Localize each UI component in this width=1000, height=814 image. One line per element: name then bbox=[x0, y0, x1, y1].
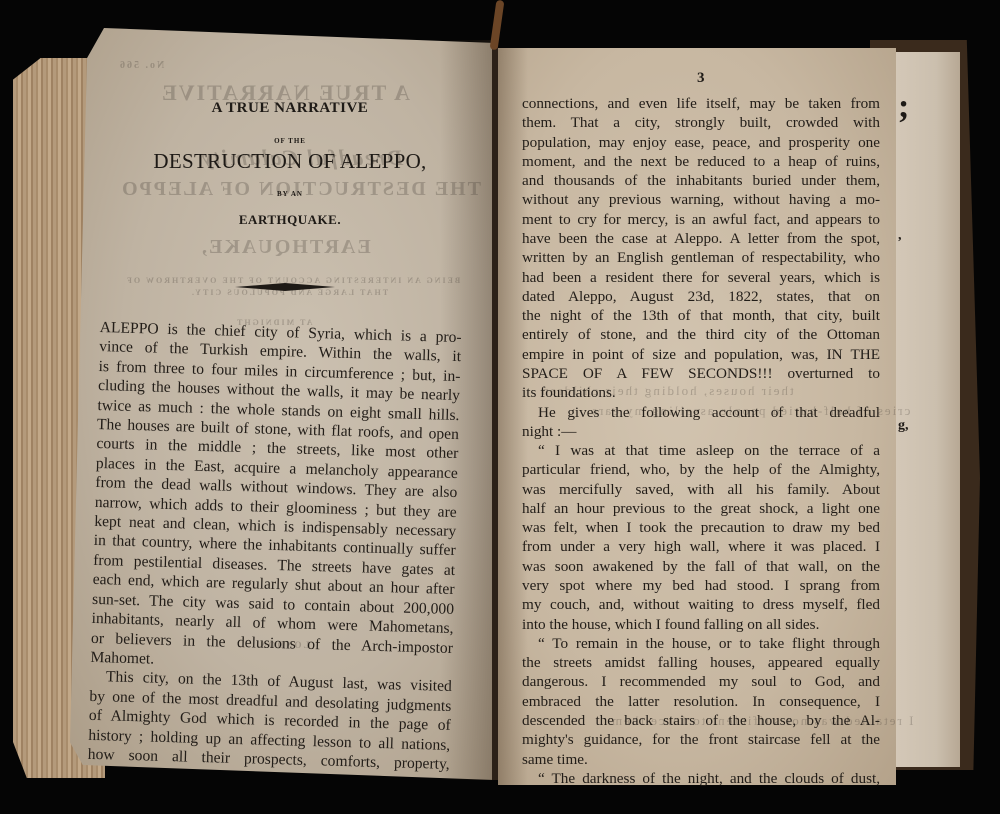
text-line: was felt, when I took the precaution to … bbox=[522, 518, 880, 537]
text-line: into the house, which I found falling on… bbox=[522, 615, 880, 634]
text-line: moment, and the next be reduced to a hea… bbox=[522, 152, 880, 171]
text-line: very spot where my bed had stood. I spra… bbox=[522, 576, 880, 595]
text-line: dated Aleppo, August 23d, 1822, states, … bbox=[522, 287, 880, 306]
text-line: my couch, and, without waiting to dress … bbox=[522, 595, 880, 614]
edge-mark: , bbox=[898, 228, 902, 244]
text-line: them. That a city, strongly built, crowd… bbox=[522, 113, 880, 132]
text-line: “ To remain in the house, or to take fli… bbox=[522, 634, 880, 653]
text-line: mighty's guidance, for the front stairca… bbox=[522, 730, 880, 749]
title-line-4: BY AN bbox=[120, 190, 460, 198]
page-number: 3 bbox=[697, 70, 705, 87]
ghost-text: EARTHQUAKE, bbox=[200, 236, 371, 259]
text-line: half an hour previous to the great shock… bbox=[522, 499, 880, 518]
text-line: written by an English gentleman of respe… bbox=[522, 248, 880, 267]
text-line: connections, and even life itself, may b… bbox=[522, 94, 880, 113]
text-line: its foundations. bbox=[522, 383, 880, 402]
title-line-2: OF THE bbox=[120, 137, 460, 145]
text-line: population, may enjoy ease, peace, and p… bbox=[522, 133, 880, 152]
stamp-number: No. 566 bbox=[118, 60, 164, 71]
text-line: “ The darkness of the night, and the clo… bbox=[522, 769, 880, 788]
title-line-3: DESTRUCTION OF ALEPPO, bbox=[120, 149, 460, 174]
text-line: the night of the 13th of that month, tha… bbox=[522, 306, 880, 325]
text-line: dangerous. I recommended my soul to God,… bbox=[522, 672, 880, 691]
text-line: have been the case at Aleppo. A letter f… bbox=[522, 229, 880, 248]
text-line: ment to cry for mercy, is an awful fact,… bbox=[522, 210, 880, 229]
left-page-body: ALEPPO is the chief city of Syria, which… bbox=[88, 318, 462, 774]
text-line: He gives the following account of that d… bbox=[522, 403, 880, 422]
right-page-body: connections, and even life itself, may b… bbox=[522, 94, 880, 788]
edge-mark: g, bbox=[898, 418, 909, 434]
text-line: descended the back stairs of the house, … bbox=[522, 711, 880, 730]
text-line: empire in point of size and population, … bbox=[522, 345, 880, 364]
title-line-5: EARTHQUAKE. bbox=[120, 212, 460, 228]
text-line: entirely of stone, and the third city of… bbox=[522, 325, 880, 344]
text-line: was mercifully saved, with all his famil… bbox=[522, 480, 880, 499]
text-line: and thousands of the inhabitants buried … bbox=[522, 171, 880, 190]
text-line: particular friend, who, by the help of t… bbox=[522, 460, 880, 479]
text-line: embraced the latter resolution. In conse… bbox=[522, 692, 880, 711]
edge-mark: ; bbox=[898, 88, 909, 126]
text-line: same time. bbox=[522, 750, 880, 769]
text-line: SPACE OF A FEW SECONDS!!! overturned to bbox=[522, 364, 880, 383]
book-gutter bbox=[492, 45, 498, 780]
open-book: ; , g, No. 566 A TRUE NARRATIVE Dreadful… bbox=[0, 0, 1000, 814]
text-line: the streets amidst falling houses, appea… bbox=[522, 653, 880, 672]
title-page-heading: A TRUE NARRATIVE OF THE DESTRUCTION OF A… bbox=[120, 100, 460, 228]
title-line-1: A TRUE NARRATIVE bbox=[120, 100, 460, 117]
text-line: was soon awakened by the fall of that wa… bbox=[522, 557, 880, 576]
text-line: “ I was at that time asleep on the terra… bbox=[522, 441, 880, 460]
bookmark-ribbon bbox=[490, 0, 505, 50]
text-line: night :— bbox=[522, 422, 880, 441]
text-line: without any previous warning, without ha… bbox=[522, 190, 880, 209]
text-line: had been a resident there for several ye… bbox=[522, 268, 880, 287]
text-line: from under a very high wall, where it wa… bbox=[522, 537, 880, 556]
